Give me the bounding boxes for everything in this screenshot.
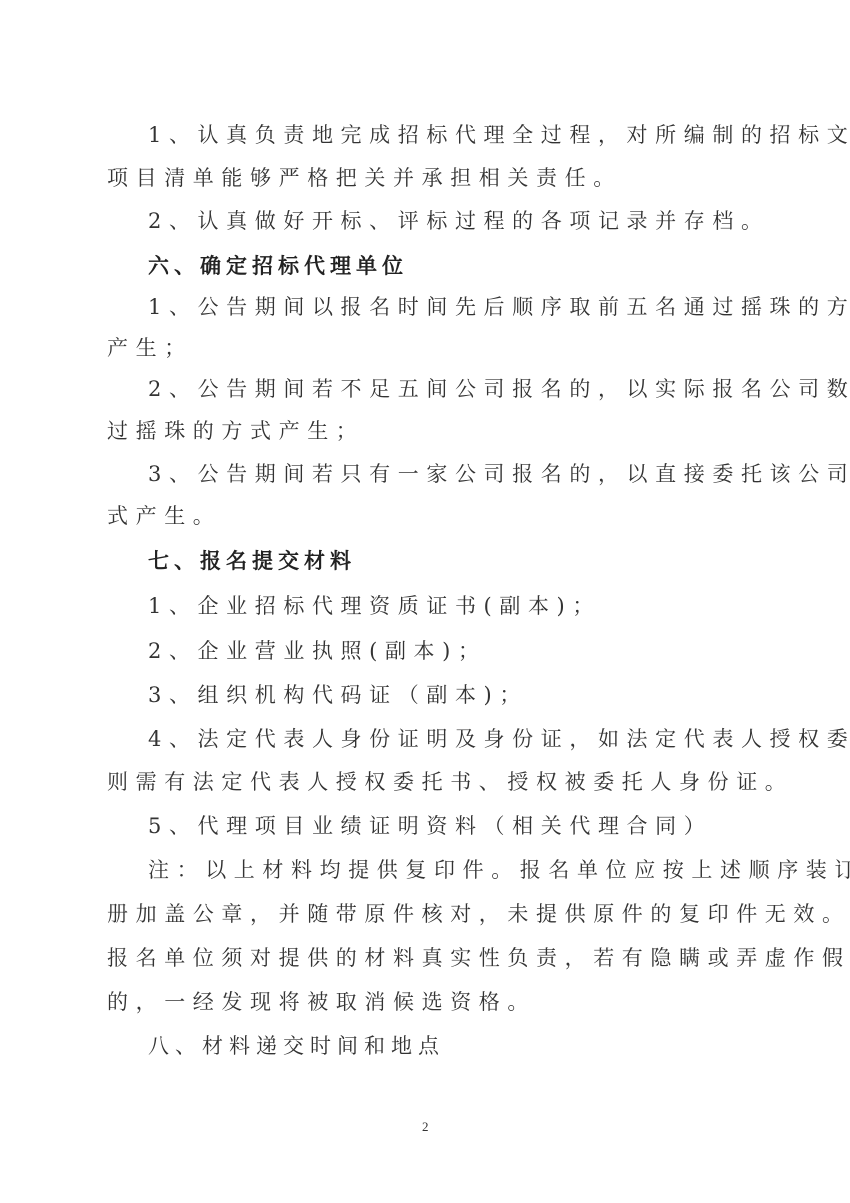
- section7-item2: 2、企业营业执照(副本)；: [148, 636, 487, 666]
- section7-item3: 3、组织机构代码证（副本)；: [148, 680, 528, 710]
- section7-item4-line2: 则需有法定代表人授权委托书、授权被委托人身份证。: [107, 767, 793, 797]
- document-page: 1、认真负责地完成招标代理全过程，对所编制的招标文件及 项目清单能够严格把关并承…: [0, 0, 850, 1203]
- page-number: 2: [422, 1119, 429, 1135]
- section6-heading: 六、确定招标代理单位: [148, 251, 408, 281]
- section7-note-line4: 的，一经发现将被取消候选资格。: [107, 987, 536, 1017]
- section7-heading: 七、报名提交材料: [148, 546, 356, 576]
- section7-note-line2: 册加盖公章，并随带原件核对，未提供原件的复印件无效。同时: [107, 899, 850, 929]
- section6-item3-line1: 3、公告期间若只有一家公司报名的，以直接委托该公司的方: [148, 459, 850, 489]
- section6-item2-line1: 2、公告期间若不足五间公司报名的，以实际报名公司数量通: [148, 374, 850, 404]
- section6-item1-line2: 产生；: [107, 333, 193, 363]
- section6-item2-line2: 过摇珠的方式产生；: [107, 416, 364, 446]
- section7-note-line1: 注：以上材料均提供复印件。报名单位应按上述顺序装订成: [148, 855, 850, 885]
- section6-item1-line1: 1、公告期间以报名时间先后顺序取前五名通过摇珠的方式: [148, 292, 850, 322]
- section5-item1-line2: 项目清单能够严格把关并承担相关责任。: [107, 163, 622, 193]
- section7-item1: 1、企业招标代理资质证书(副本)；: [148, 591, 601, 621]
- section7-item4-line1: 4、法定代表人身份证明及身份证，如法定代表人授权委托人，: [148, 724, 850, 754]
- section8-heading: 八、材料递交时间和地点: [148, 1031, 445, 1061]
- section7-item5: 5、代理项目业绩证明资料（相关代理合同）: [148, 811, 712, 841]
- section5-item2-line1: 2、认真做好开标、评标过程的各项记录并存档。: [148, 206, 770, 236]
- section6-item3-line2: 式产生。: [107, 501, 221, 531]
- section5-item1-line1: 1、认真负责地完成招标代理全过程，对所编制的招标文件及: [148, 120, 850, 150]
- section7-note-line3: 报名单位须对提供的材料真实性负责，若有隐瞒或弄虚作假行为: [107, 943, 850, 973]
